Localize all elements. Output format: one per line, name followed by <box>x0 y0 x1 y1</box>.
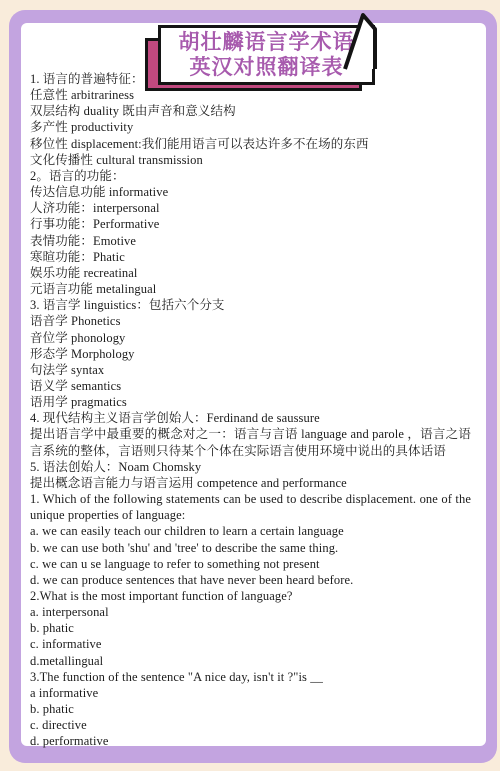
text-line: d. we can produce sentences that have ne… <box>30 572 471 588</box>
text-line: 句法学 syntax <box>30 362 471 378</box>
text-line: c. directive <box>30 717 471 733</box>
text-line: b. we can use both 'shu' and 'tree' to d… <box>30 540 471 556</box>
text-line: 3.The function of the sentence "A nice d… <box>30 669 471 685</box>
text-line: 音位学 phonology <box>30 330 471 346</box>
content-panel: 1. 语言的普遍特征：任意性 arbitrariness双层结构 duality… <box>21 23 486 746</box>
text-line: 传达信息功能 informative <box>30 184 471 200</box>
text-line: 4. 现代结构主义语言学创始人：Ferdinand de saussure <box>30 410 471 426</box>
text-line: b. phatic <box>30 620 471 636</box>
text-line: 行事功能：Performative <box>30 216 471 232</box>
title-box: 胡壮麟语言学术语 英汉对照翻译表 <box>145 25 375 93</box>
terminology-list: 1. 语言的普遍特征：任意性 arbitrariness双层结构 duality… <box>30 71 471 750</box>
text-line: 多产性 productivity <box>30 119 471 135</box>
text-line: 提出语言学中最重要的概念对之一：语言与言语 language and parol… <box>30 426 471 458</box>
text-line: 语音学 Phonetics <box>30 313 471 329</box>
text-line: 人济功能：interpersonal <box>30 200 471 216</box>
text-line: 娱乐功能 recreatinal <box>30 265 471 281</box>
text-line: d. performative <box>30 733 471 749</box>
text-line: 表情功能：Emotive <box>30 233 471 249</box>
text-line: c. we can u se language to refer to some… <box>30 556 471 572</box>
text-line: 语义学 semantics <box>30 378 471 394</box>
text-line: 文化传播性 cultural transmission <box>30 152 471 168</box>
text-line: 1. Which of the following statements can… <box>30 491 471 523</box>
text-line: 2.What is the most important function of… <box>30 588 471 604</box>
text-line: 寒暄功能：Phatic <box>30 249 471 265</box>
text-line: c. informative <box>30 636 471 652</box>
text-line: 元语言功能 metalingual <box>30 281 471 297</box>
text-line: 提出概念语言能力与语言运用 competence and performance <box>30 475 471 491</box>
text-line: 2。语言的功能： <box>30 168 471 184</box>
text-line: 3. 语言学 linguistics：包括六个分支 <box>30 297 471 313</box>
purple-frame: 1. 语言的普遍特征：任意性 arbitrariness双层结构 duality… <box>9 10 497 763</box>
text-line: 语用学 pragmatics <box>30 394 471 410</box>
text-line: d.metallingual <box>30 653 471 669</box>
text-line: a. we can easily teach our children to l… <box>30 523 471 539</box>
text-line: 形态学 Morphology <box>30 346 471 362</box>
page-title-line1: 胡壮麟语言学术语 <box>179 30 355 55</box>
page-fold-icon <box>339 11 379 73</box>
text-line: 移位性 displacement:我们能用语言可以表达许多不在场的东西 <box>30 136 471 152</box>
text-line: a. interpersonal <box>30 604 471 620</box>
text-line: b. phatic <box>30 701 471 717</box>
page-title-line2: 英汉对照翻译表 <box>190 55 344 80</box>
text-line: a informative <box>30 685 471 701</box>
text-line: 双层结构 duality 既由声音和意义结构 <box>30 103 471 119</box>
text-line: 5. 语法创始人：Noam Chomsky <box>30 459 471 475</box>
